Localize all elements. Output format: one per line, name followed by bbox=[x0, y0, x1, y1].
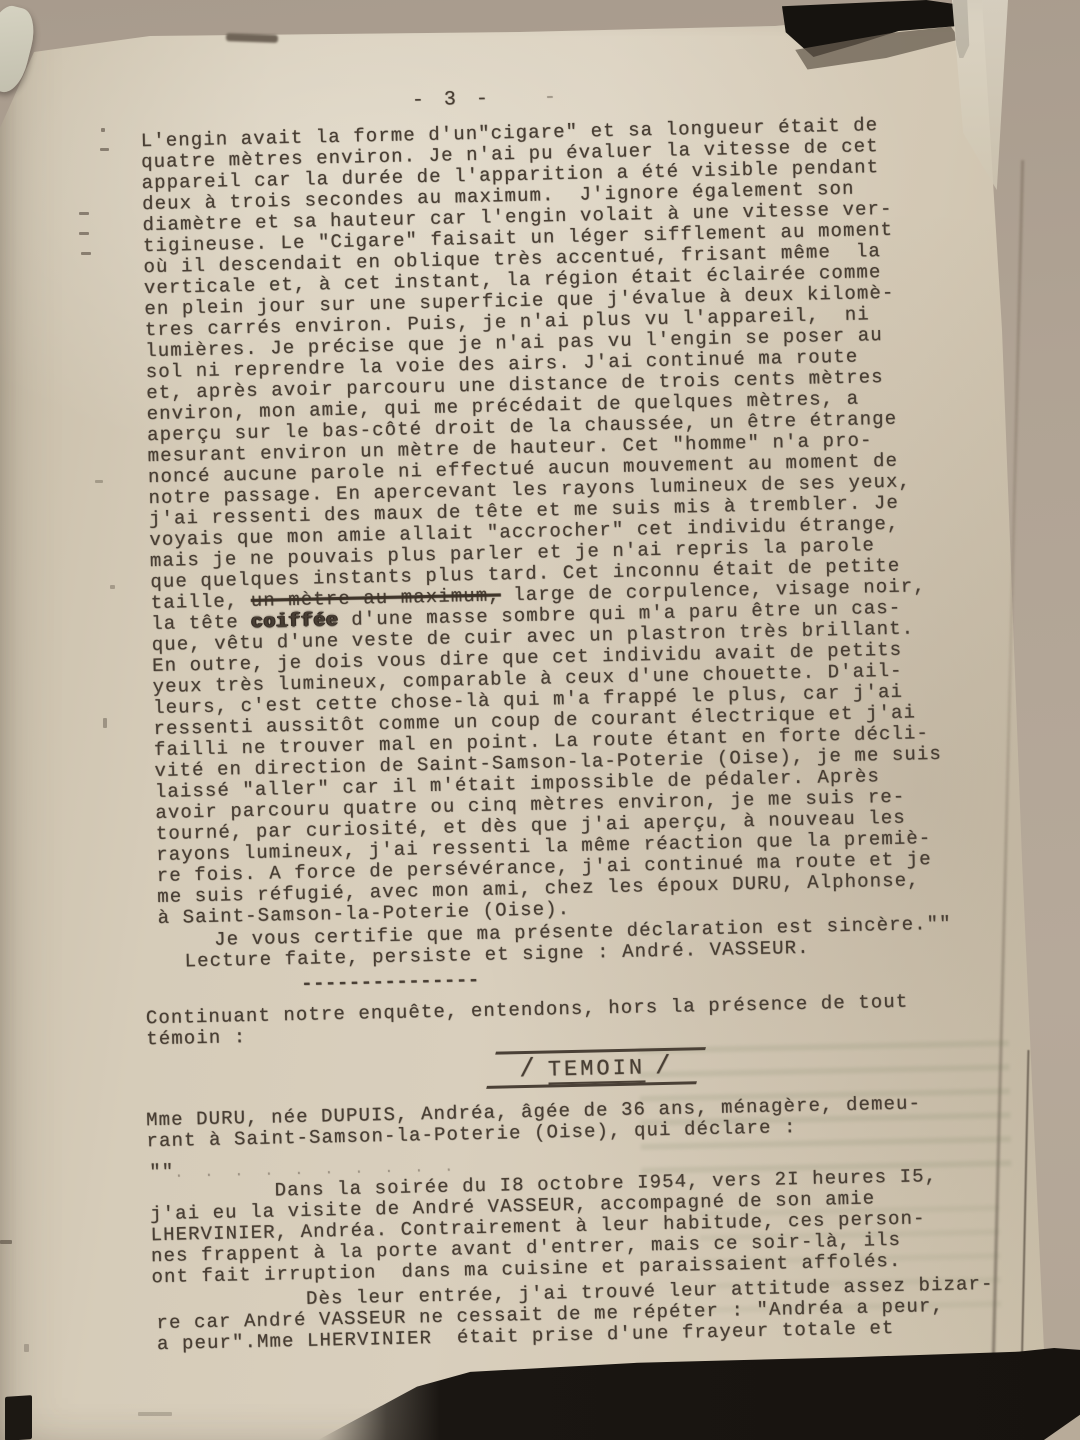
stray-ink-mark bbox=[138, 1412, 172, 1416]
heading-slash-right: / bbox=[655, 1051, 674, 1081]
stray-ink-mark bbox=[79, 212, 89, 215]
declaration-part1: L'engin avait la forme d'un"cigare" et s… bbox=[141, 113, 981, 593]
page-number-main: - 3 - bbox=[412, 88, 492, 113]
stray-ink-mark bbox=[0, 1240, 12, 1244]
scanned-photo: { "colors":{ "paper":"#d6ccb9", "ink":"#… bbox=[0, 0, 1080, 1440]
stray-ink-mark bbox=[24, 1344, 29, 1352]
quote-marks: "" bbox=[149, 1161, 174, 1184]
temoin-heading-box: /TEMOIN/ bbox=[486, 1047, 706, 1089]
testimony-paragraph-1: Dans la soirée du I8 octobre I954, vers … bbox=[149, 1165, 995, 1288]
declaration-paragraph: L'engin avait la forme d'un"cigare" et s… bbox=[141, 113, 988, 929]
stray-ink-mark bbox=[110, 585, 115, 589]
temoin-heading-inner: /TEMOIN/ bbox=[509, 1051, 684, 1085]
heading-slash-left: / bbox=[519, 1054, 538, 1084]
declaration-part2: que, vêtu d'une veste de cuir avec un pl… bbox=[152, 617, 988, 929]
heading-word: TEMOIN bbox=[548, 1055, 646, 1084]
witness-intro: Mme DURU, née DUPUIS, Andréa, âgée de 36… bbox=[146, 1092, 993, 1152]
stray-ink-mark bbox=[81, 252, 91, 255]
page-number-extra-dash: - bbox=[544, 86, 561, 109]
continuation-paragraph: Continuant notre enquête, entendons, hor… bbox=[146, 990, 991, 1050]
stray-ink-mark bbox=[100, 148, 109, 151]
stray-ink-mark bbox=[95, 480, 103, 483]
stray-ink-mark bbox=[101, 128, 105, 132]
stray-ink-mark bbox=[79, 232, 89, 235]
typewritten-text: - 3 -- L'engin avait la forme d'un"cigar… bbox=[140, 77, 997, 1355]
temoin-heading: /TEMOIN/ bbox=[491, 1041, 992, 1090]
stray-ink-mark bbox=[103, 718, 107, 728]
scan-shadow-bottom-left bbox=[5, 1395, 32, 1440]
